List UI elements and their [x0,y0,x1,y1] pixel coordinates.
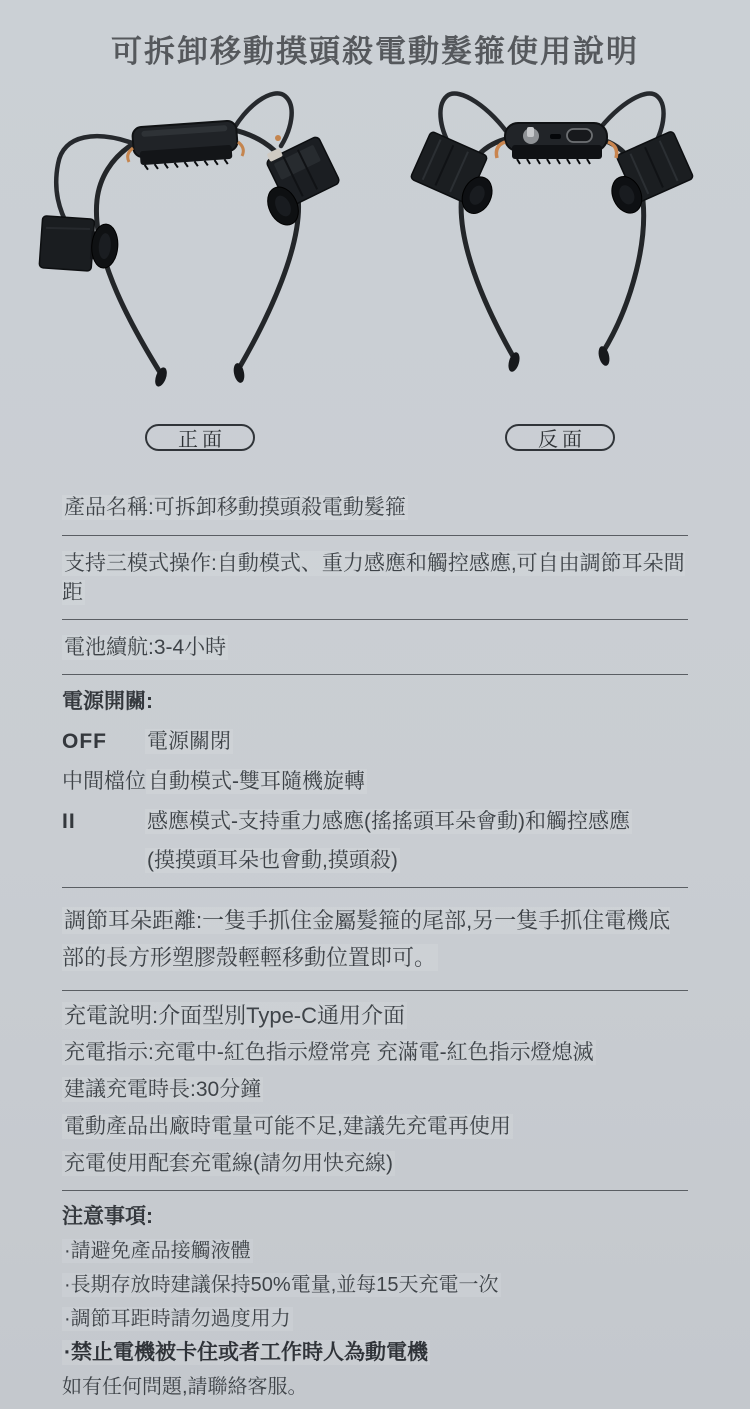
figure-front: 正面 [35,82,365,451]
charge-factory-note: 電動產品出廠時電量可能不足,建議先充電再使用 [62,1112,688,1141]
front-label-pill: 正面 [145,424,255,451]
power-mode-ii: II感應模式-支持重力感應(搖搖頭耳朵會動)和觸控感應 (摸摸頭耳朵也會動,摸頭… [62,807,688,875]
instruction-page: 可拆卸移動摸頭殺電動髮箍使用說明 [0,0,750,1409]
power-mode-middle: 中間檔位自動模式-雙耳隨機旋轉 [62,767,688,796]
mode-key-middle: 中間檔位 [62,767,146,796]
charge-duration: 建議充電時長:30分鐘 [62,1075,688,1104]
page-title: 可拆卸移動摸頭殺電動髮箍使用說明 [0,0,750,70]
copper-hook-right [238,142,243,156]
copper-dot [275,135,281,141]
battery-box [132,120,239,170]
velcro-strip [512,145,602,159]
figure-back: 反面 [395,82,725,451]
headband-front-illustration [35,82,365,392]
notes-section: 注意事項: ·請避免產品接觸液體 ·長期存放時建議保持50%電量,並每15天充電… [62,1191,688,1400]
notes-heading: 注意事項: [62,1203,688,1230]
spec-battery: 電池續航:3-4小時 [62,620,688,675]
mode-desc-off: 電源關閉 [145,729,233,754]
band-tip-right [232,362,246,384]
charge-interface: 充電說明:介面型別Type-C通用介面 [62,1001,688,1030]
control-box [505,123,607,164]
headband-band [461,136,643,358]
note-storage: ·長期存放時建議保持50%電量,並每15天充電一次 [62,1272,688,1298]
oval-button [567,129,592,142]
note-liquid: ·請避免產品接觸液體 [62,1238,688,1264]
spec-modes: 支持三模式操作:自動模式、重力感應和觸控感應,可自由調節耳朵間距 [62,536,688,620]
contact-support-line: 如有任何問題,請聯絡客服。 [62,1374,688,1400]
product-photos: 正面 [35,82,750,451]
adjust-ears-section: 調節耳朵距離:一隻手抓住金屬髮箍的尾部,另一隻手抓住電機底部的長方形塑膠殼輕輕移… [62,888,688,991]
power-mode-off: OFF電源關閉 [62,727,688,756]
motor-left [39,216,119,273]
note-force: ·調節耳距時請勿過度用力 [62,1306,688,1332]
mode-desc-ii-line2: (摸摸頭耳朵也會動,摸頭殺) [145,846,688,875]
instruction-content: 產品名稱:可拆卸移動摸頭殺電動髮箍 支持三模式操作:自動模式、重力感應和觸控感應… [0,451,750,1400]
mode-key-ii: II [62,807,145,836]
mode-desc-ii: 感應模式-支持重力感應(搖搖頭耳朵會動)和觸控感應 [145,809,632,834]
charging-section: 充電說明:介面型別Type-C通用介面 充電指示:充電中-紅色指示燈常亮 充滿電… [62,991,688,1191]
mode-desc-middle: 自動模式-雙耳隨機旋轉 [146,769,367,794]
type-c-port [550,134,561,139]
back-label-pill: 反面 [505,424,615,451]
power-heading: 電源開關: [62,687,688,716]
note-motor-warning: ·禁止電機被卡住或者工作時人為動電機 [62,1340,688,1366]
spec-product-name: 產品名稱:可拆卸移動摸頭殺電動髮箍 [62,477,688,536]
motor-right [247,130,348,230]
band-tip-left [506,351,521,373]
mode-key-off: OFF [62,727,145,756]
band-tip-right [597,345,612,367]
headband-back-illustration [395,82,725,392]
power-switch-section: 電源開關: OFF電源關閉 中間檔位自動模式-雙耳隨機旋轉 II感應模式-支持重… [62,675,688,888]
charge-cable-note: 充電使用配套充電線(請勿用快充線) [62,1149,688,1178]
charge-indicator: 充電指示:充電中-紅色指示燈常亮 充滿電-紅色指示燈熄滅 [62,1038,688,1067]
